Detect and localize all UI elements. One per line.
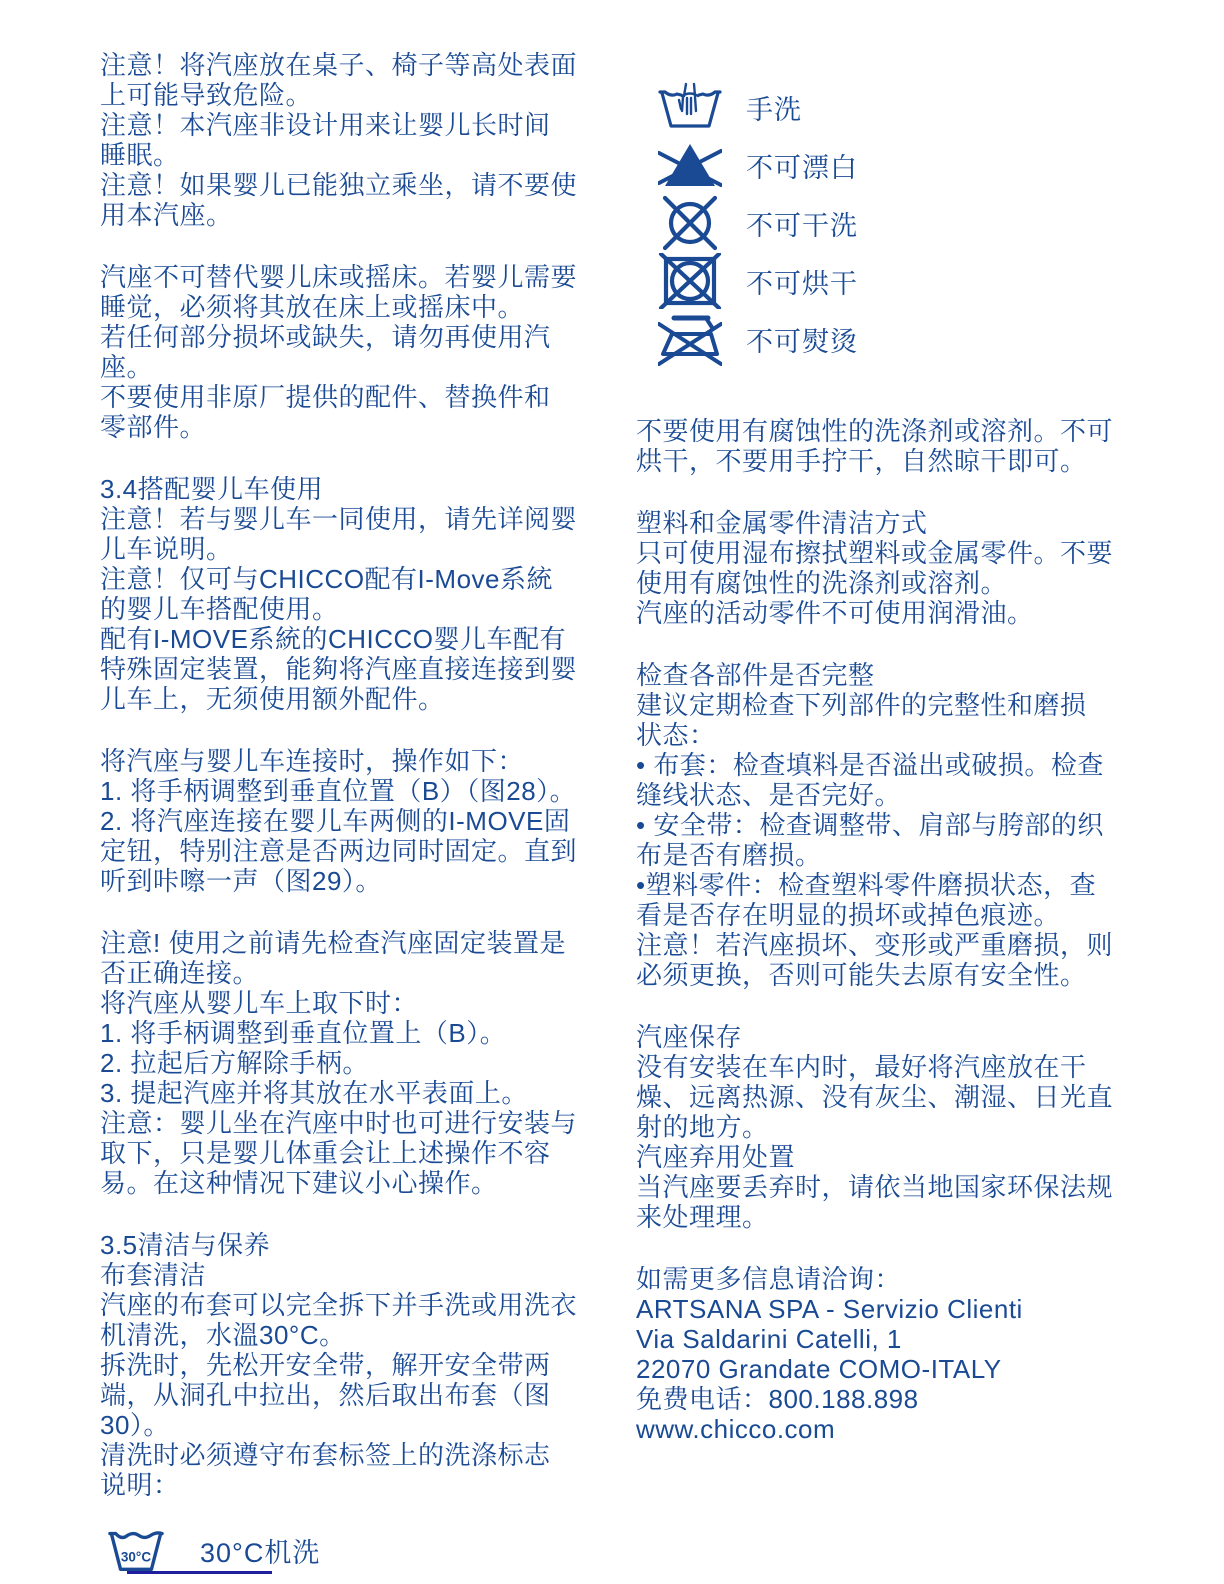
no-dry-clean-icon	[658, 195, 722, 251]
machine-wash-row: 30°C 30°C机洗	[100, 1524, 605, 1576]
paragraph-detergent-warning: 不要使用有腐蚀性的洗涤剂或溶剂。不可 烘干，不要用手拧干，自然晾干即可。	[636, 416, 1141, 476]
care-row-no-dry-clean: 不可干洗	[636, 194, 1141, 252]
care-row-hand-wash: 手洗	[636, 78, 1141, 136]
paragraph-contact-info: 如需更多信息请洽询： ARTSANA SPA - Servizio Client…	[636, 1264, 1141, 1444]
no-iron-icon	[658, 311, 722, 367]
machine-wash-label: 30°C机洗	[200, 1531, 320, 1570]
paragraph-warnings: 注意！将汽座放在桌子、椅子等高处表面 上可能导致危险。 注意！本汽座非设计用来让…	[100, 50, 605, 230]
care-symbol-list: 手洗 不可漂白	[636, 78, 1141, 368]
section-3-5-cleaning: 3.5清洁与保养 布套清洁 汽座的布套可以完全拆下并手洗或用洗衣 机清洗，水溫3…	[100, 1230, 605, 1500]
right-column: 手洗 不可漂白	[636, 78, 1141, 1476]
svg-text:30°C: 30°C	[121, 1550, 151, 1565]
paragraph-crib-warning: 汽座不可替代婴儿床或摇床。若婴儿需要 睡觉，必须将其放在床上或摇床中。 若任何部…	[100, 262, 605, 442]
care-label: 不可烘干	[746, 262, 858, 301]
no-tumble-dry-icon	[658, 253, 722, 309]
paragraph-attach-steps: 将汽座与婴儿车连接时，操作如下： 1. 将手柄调整到垂直位置（B）（图28）。 …	[100, 746, 605, 896]
care-row-no-tumble-dry: 不可烘干	[636, 252, 1141, 310]
care-row-no-iron: 不可熨烫	[636, 310, 1141, 368]
care-label: 不可漂白	[746, 146, 858, 185]
paragraph-parts-inspection: 检查各部件是否完整 建议定期检查下列部件的完整性和磨损 状态： • 布套：检查填…	[636, 660, 1141, 990]
section-3-4-stroller-use: 3.4搭配婴儿车使用 注意！若与婴儿车一同使用，请先详阅婴 儿车说明。 注意！仅…	[100, 474, 605, 714]
manual-page: 注意！将汽座放在桌子、椅子等高处表面 上可能导致危险。 注意！本汽座非设计用来让…	[0, 0, 1224, 1584]
care-label: 不可干洗	[746, 204, 858, 243]
care-label: 不可熨烫	[746, 320, 858, 359]
care-row-no-bleach: 不可漂白	[636, 136, 1141, 194]
no-bleach-icon	[658, 137, 722, 193]
machine-wash-30-icon: 30°C	[108, 1524, 164, 1576]
paragraph-storage-disposal: 汽座保存 没有安装在车内时，最好将汽座放在干 燥、远离热源、没有灰尘、潮湿、日光…	[636, 1022, 1141, 1232]
care-label: 手洗	[746, 88, 802, 127]
left-column: 注意！将汽座放在桌子、椅子等高处表面 上可能导致危险。 注意！本汽座非设计用来让…	[100, 50, 605, 1576]
bottom-divider	[127, 1571, 272, 1574]
paragraph-plastic-metal-cleaning: 塑料和金属零件清洁方式 只可使用湿布擦拭塑料或金属零件。不要 使用有腐蚀性的洗涤…	[636, 508, 1141, 628]
hand-wash-icon	[658, 79, 722, 135]
paragraph-detach-steps: 注意! 使用之前请先检查汽座固定装置是 否正确连接。 将汽座从婴儿车上取下时： …	[100, 928, 605, 1198]
